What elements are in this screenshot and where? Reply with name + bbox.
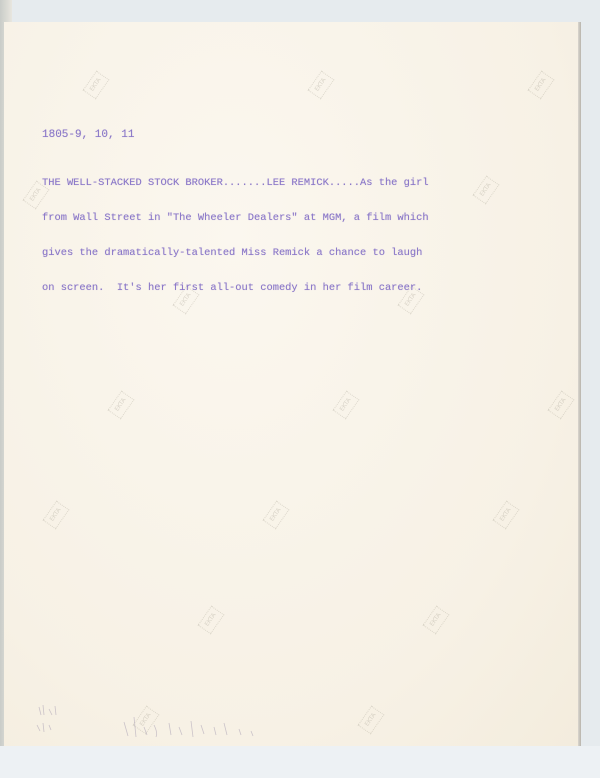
photo-verso-page: EKTA EKTA EKTA EKTA EKTA EKTA EKTA EKTA … [4, 22, 578, 747]
paper-watermark: EKTA [473, 176, 500, 205]
paper-watermark: EKTA [43, 501, 70, 530]
pencil-scribble [29, 697, 289, 747]
paper-watermark: EKTA [548, 391, 575, 420]
paper-watermark: EKTA [83, 71, 110, 100]
scan-background [0, 746, 600, 778]
paper-watermark: EKTA [358, 706, 385, 735]
paper-watermark: EKTA [333, 391, 360, 420]
caption-body: THE WELL-STACKED STOCK BROKER.......LEE … [42, 155, 429, 317]
paper-watermark: EKTA [198, 606, 225, 635]
page-edge [578, 22, 581, 746]
paper-watermark: EKTA [108, 391, 135, 420]
paper-watermark: EKTA [423, 606, 450, 635]
caption-id: 1805-9, 10, 11 [42, 130, 134, 142]
caption-line: on screen. It's her first all-out comedy… [42, 283, 429, 295]
paper-watermark: EKTA [493, 501, 520, 530]
caption-line: gives the dramatically-talented Miss Rem… [42, 248, 429, 260]
caption-line: THE WELL-STACKED STOCK BROKER.......LEE … [42, 178, 429, 190]
paper-watermark: EKTA [528, 71, 555, 100]
caption-line: from Wall Street in "The Wheeler Dealers… [42, 213, 429, 225]
paper-watermark: EKTA [263, 501, 290, 530]
paper-watermark: EKTA [308, 71, 335, 100]
